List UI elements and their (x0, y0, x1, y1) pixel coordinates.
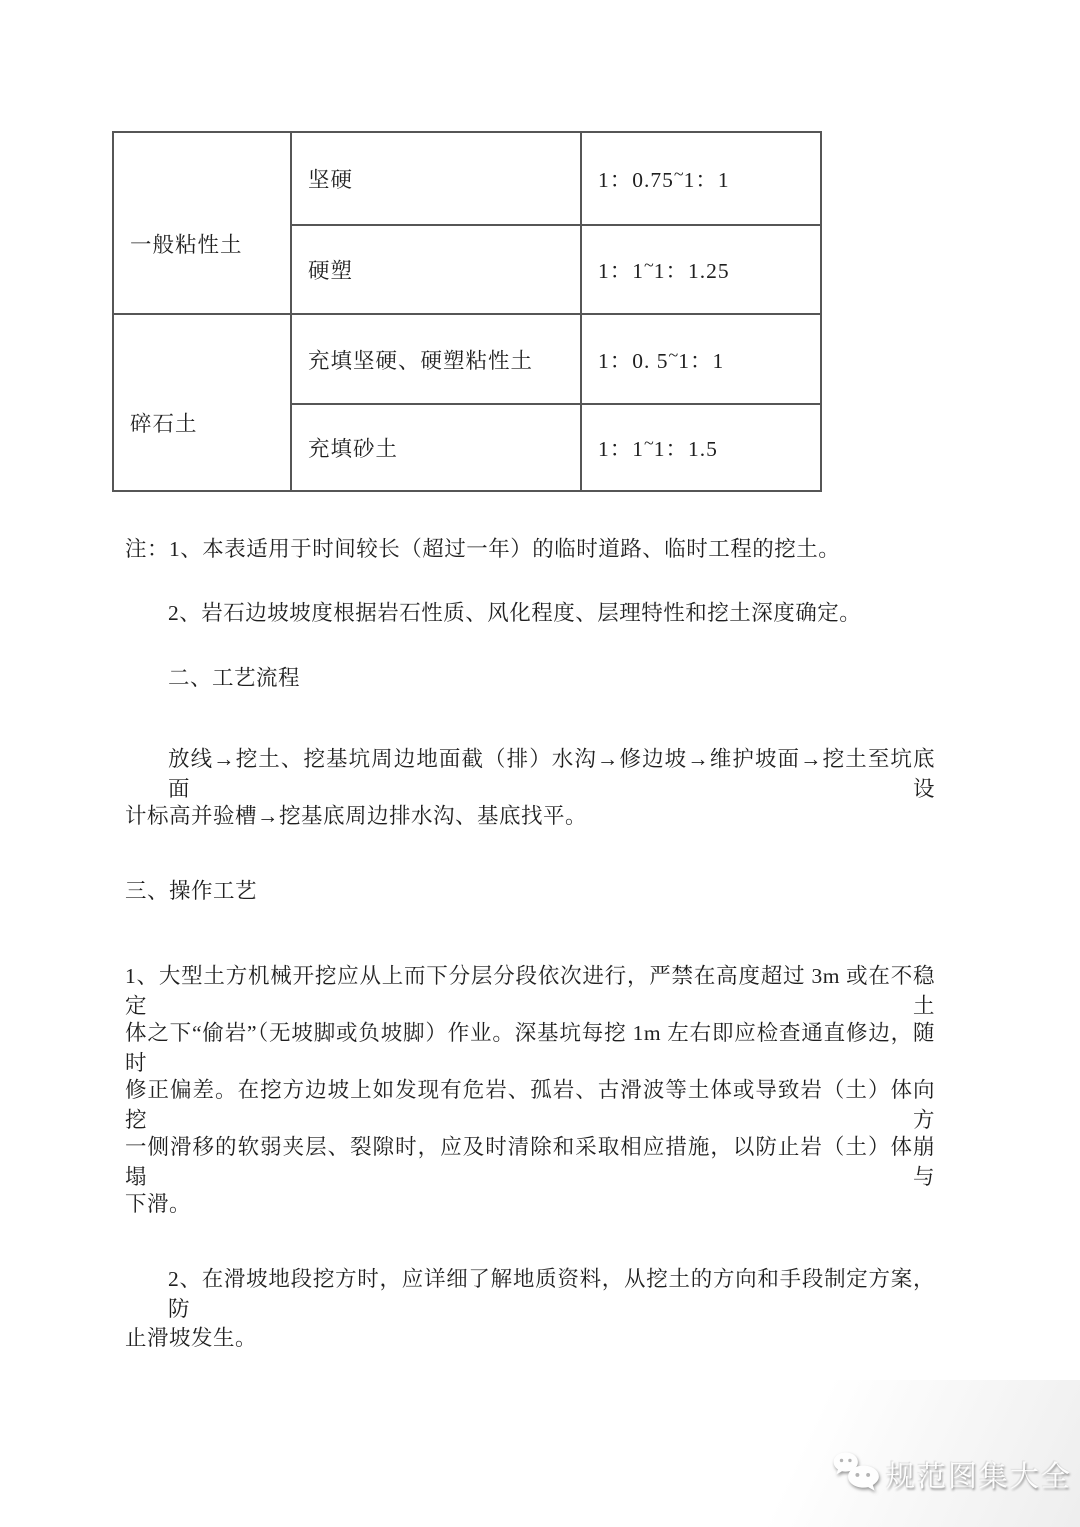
table-cell-soil-state: 硬塑 (291, 225, 581, 314)
table-cell-soil-state: 充填坚硬、硬塑粘性土 (291, 314, 581, 404)
paragraph-1-line-4: 一侧滑移的软弱夹层、裂隙时，应及时清除和采取相应措施，以防止岩（土）体崩塌与 (125, 1132, 935, 1192)
ratio-tilde: ~ (644, 255, 654, 275)
process-flow-line-2: 计标高并验槽→挖基底周边排水沟、基底找平。 (125, 801, 587, 831)
document-page: 一般粘性土 坚硬 1：0.75~1：1 硬塑 1：1~1：1.25 碎石土 充填… (0, 0, 1080, 1527)
table-cell-slope-ratio: 1：0.75~1：1 (581, 132, 821, 225)
ratio-tilde: ~ (669, 345, 679, 365)
table-note-2: 2、岩石边坡坡度根据岩石性质、风化程度、层理特性和挖土深度确定。 (168, 598, 861, 628)
ratio-from: 1：0. 5 (598, 349, 669, 373)
section-title-operation: 三、操作工艺 (125, 876, 257, 906)
ratio-to: 1：1.5 (654, 437, 718, 461)
process-flow-line-1: 放线→挖土、挖基坑周边地面截（排）水沟→修边坡→维护坡面→挖土至坑底面设 (168, 744, 935, 804)
ratio-to: 1：1 (678, 349, 724, 373)
wechat-icon (828, 1448, 884, 1500)
table-cell-soil-state: 坚硬 (291, 132, 581, 225)
ratio-tilde: ~ (644, 433, 654, 453)
table-cell-soil-type: 碎石土 (113, 314, 291, 491)
slope-ratio-table: 一般粘性土 坚硬 1：0.75~1：1 硬塑 1：1~1：1.25 碎石土 充填… (112, 131, 822, 492)
table-cell-slope-ratio: 1：1~1：1.25 (581, 225, 821, 314)
ratio-from: 1：1 (598, 259, 644, 283)
ratio-to: 1：1.25 (654, 259, 730, 283)
table-cell-soil-type: 一般粘性土 (113, 132, 291, 314)
paragraph-1-line-1: 1、大型土方机械开挖应从上而下分层分段依次进行，严禁在高度超过 3m 或在不稳定… (125, 961, 935, 1021)
paragraph-1-line-2: 体之下“偷岩”（无坡脚或负坡脚）作业。深基坑每挖 1m 左右即应检查通直修边，随… (125, 1018, 935, 1078)
table-cell-slope-ratio: 1：0. 5~1：1 (581, 314, 821, 404)
ratio-from: 1：0.75 (598, 168, 674, 192)
table-note-1: 注：1、本表适用于时间较长（超过一年）的临时道路、临时工程的挖土。 (125, 534, 840, 564)
ratio-tilde: ~ (674, 164, 684, 184)
table-row: 一般粘性土 坚硬 1：0.75~1：1 (113, 132, 821, 225)
ratio-to: 1：1 (684, 168, 730, 192)
section-title-process-flow: 二、工艺流程 (168, 663, 300, 693)
paragraph-2-line-2: 止滑坡发生。 (125, 1323, 257, 1353)
table-row: 碎石土 充填坚硬、硬塑粘性土 1：0. 5~1：1 (113, 314, 821, 404)
ratio-from: 1：1 (598, 437, 644, 461)
paragraph-1-line-3: 修正偏差。在挖方边坡上如发现有危岩、孤岩、古滑波等土体或导致岩（土）体向挖方 (125, 1075, 935, 1135)
table-cell-slope-ratio: 1：1~1：1.5 (581, 404, 821, 491)
paragraph-1-line-5: 下滑。 (125, 1189, 191, 1219)
watermark: 规范图集大全 (828, 1448, 1072, 1500)
watermark-text: 规范图集大全 (886, 1454, 1072, 1495)
table-cell-soil-state: 充填砂土 (291, 404, 581, 491)
paragraph-2-line-1: 2、在滑坡地段挖方时，应详细了解地质资料，从挖土的方向和手段制定方案，防 (168, 1264, 935, 1324)
